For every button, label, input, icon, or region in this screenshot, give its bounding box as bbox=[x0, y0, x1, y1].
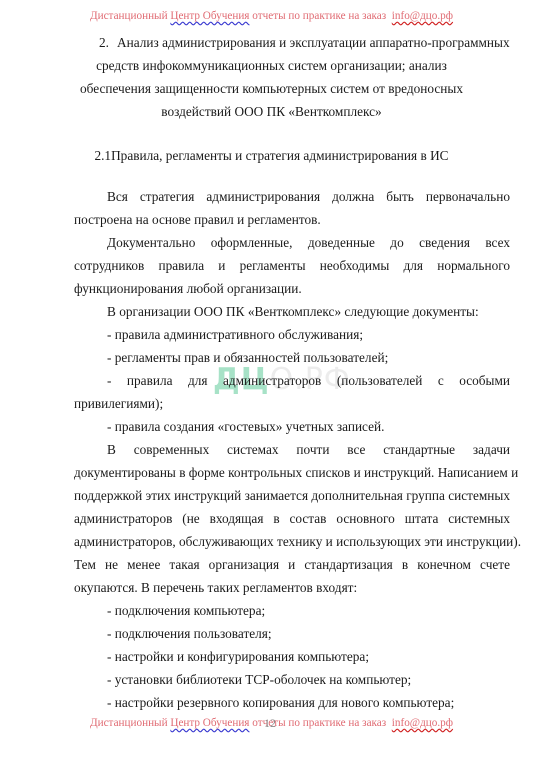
body-line: привилегиями); bbox=[74, 396, 163, 412]
list-item: - подключения пользователя; bbox=[107, 626, 272, 642]
chapter-title-line-4: воздействий ООО ПК «Венткомплекс» bbox=[0, 104, 543, 120]
list-item: - настройки и конфигурирования компьютер… bbox=[107, 649, 369, 665]
footer-text-underlined: Центр Обучения bbox=[170, 717, 249, 729]
list-item: - подключения компьютера; bbox=[107, 603, 265, 619]
body-line: окупаются. В перечень таких регламентов … bbox=[74, 580, 357, 596]
body-line: В современных системах почти все стандар… bbox=[107, 442, 510, 458]
chapter-title-line-1: Анализ администрирования и эксплуатации … bbox=[117, 35, 510, 51]
body-line: В организации ООО ПК «Венткомплекс» след… bbox=[107, 304, 479, 320]
body-line: администраторов, обслуживающих технику и… bbox=[74, 534, 510, 550]
chapter-title-line-2: средств инфокоммуникационных систем орга… bbox=[0, 58, 543, 74]
body-line: документированы в форме контрольных спис… bbox=[74, 465, 510, 481]
list-item: - правила для администраторов (пользоват… bbox=[107, 373, 510, 389]
body-line: Вся стратегия администрирования должна б… bbox=[107, 189, 510, 205]
body-line: поддержкой этих инструкций занимается до… bbox=[74, 488, 510, 504]
footer-email-link[interactable]: info@дцо.рф bbox=[392, 717, 453, 729]
header-text-2: отчеты по практике на заказ bbox=[252, 10, 386, 22]
list-item: - правила создания «гостевых» учетных за… bbox=[107, 419, 384, 435]
chapter-title-line-3: обеспечения защищенности компьютерных си… bbox=[0, 81, 543, 97]
list-item: - правила административного обслуживания… bbox=[107, 327, 363, 343]
page-header: Дистанционный Центр Обучения отчеты по п… bbox=[0, 10, 543, 22]
body-line: Документально оформленные, доведенные до… bbox=[107, 235, 510, 251]
list-item: - установки библиотеки TCP-оболочек на к… bbox=[107, 672, 411, 688]
body-line: функционирования любой организации. bbox=[74, 281, 302, 297]
section-title: 2.1Правила, регламенты и стратегия админ… bbox=[0, 148, 543, 164]
list-item: - настройки резервного копирования для н… bbox=[107, 695, 454, 711]
footer-text-1: Дистанционный bbox=[90, 717, 168, 729]
page-number: 12 bbox=[264, 716, 276, 731]
body-line: администраторов (не входящая в состав ос… bbox=[74, 511, 510, 527]
header-email-link[interactable]: info@дцо.рф bbox=[392, 10, 453, 22]
document-page: Дистанционный Центр Обучения отчеты по п… bbox=[0, 0, 543, 762]
header-text-underlined: Центр Обучения bbox=[170, 10, 249, 22]
body-line: сотрудников правила и регламенты необход… bbox=[74, 258, 510, 274]
chapter-number: 2. bbox=[99, 35, 109, 51]
body-line: построена на основе правил и регламентов… bbox=[74, 212, 321, 228]
header-text-1: Дистанционный bbox=[90, 10, 168, 22]
body-line: Тем не менее такая организация и стандар… bbox=[74, 557, 510, 573]
